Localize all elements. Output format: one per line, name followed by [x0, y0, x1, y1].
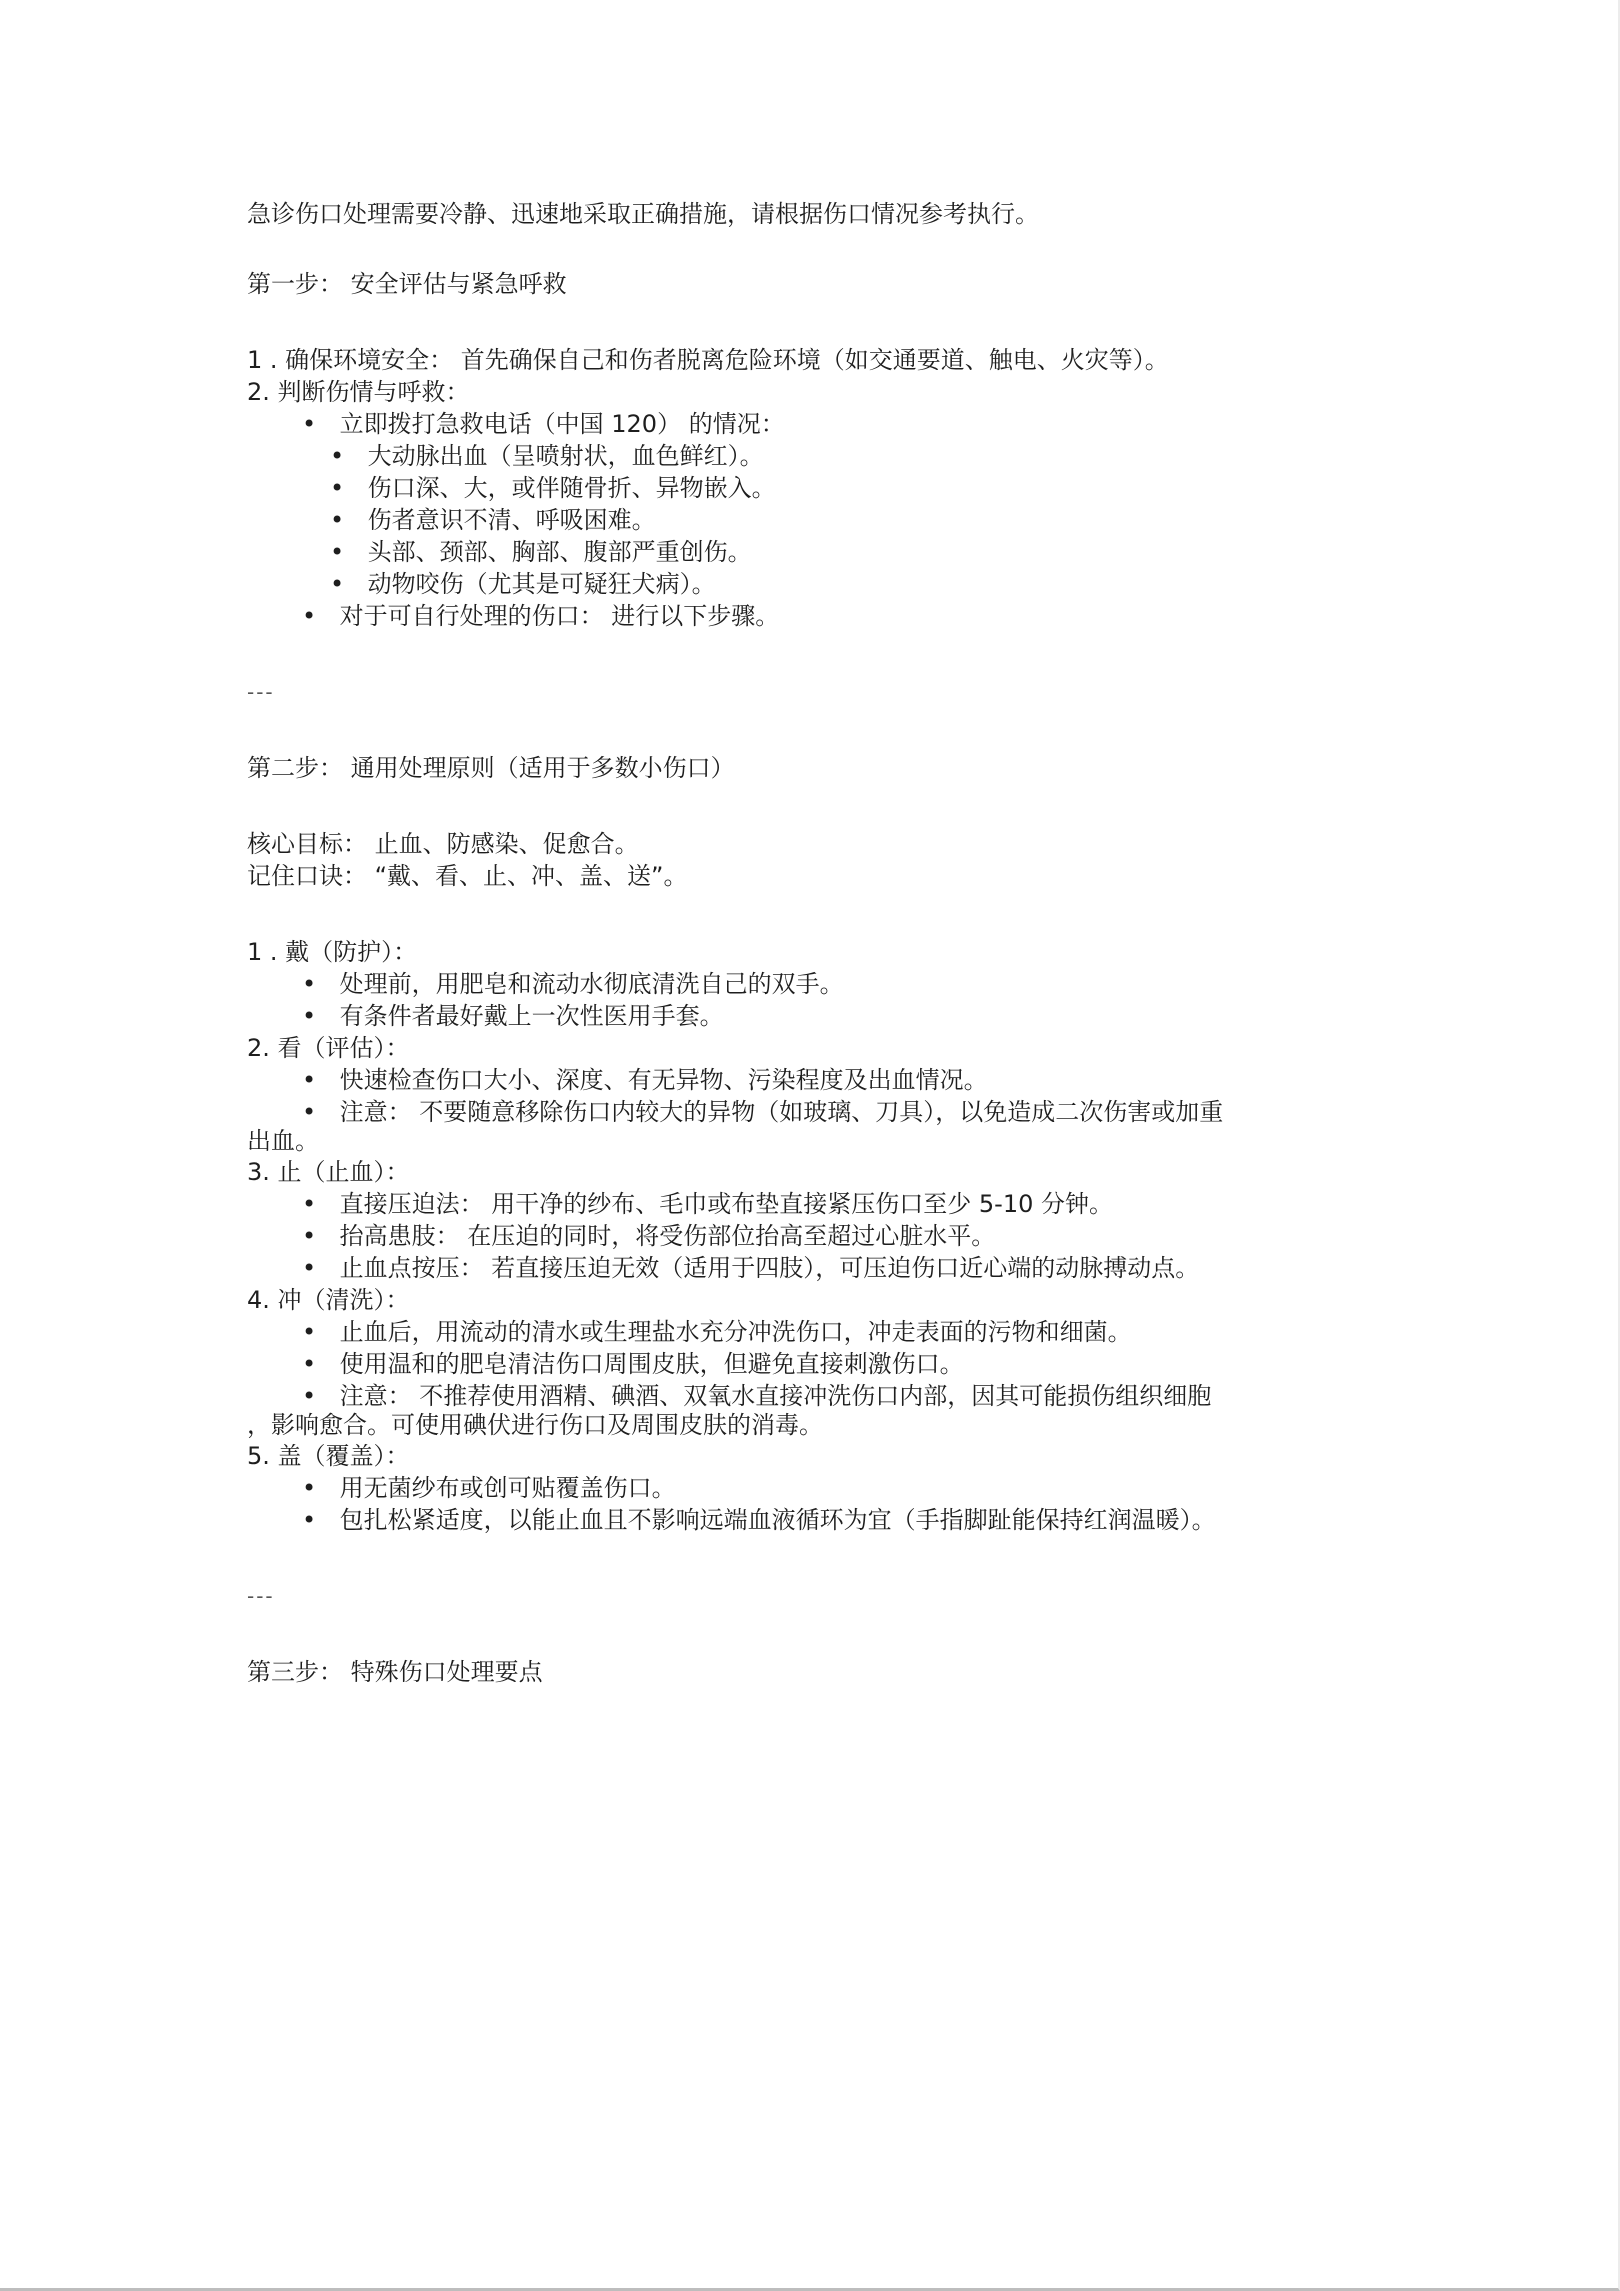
- sub-bullet: • 止血点按压： 若直接压迫无效（适用于四肢），可压迫伤口近心端的动脉搏动点。: [247, 1252, 1387, 1284]
- call-120-case: • 头部、颈部、胸部、腹部严重创伤。: [247, 536, 1387, 568]
- document-page: 急诊伤口处理需要冷静、迅速地采取正确措施，请根据伤口情况参考执行。 第一步： 安…: [0, 0, 1620, 2291]
- bullet-icon: •: [302, 1380, 332, 1412]
- bullet-icon: •: [302, 408, 332, 440]
- bullet-icon: •: [302, 1220, 332, 1252]
- item-number: 1 .: [247, 344, 278, 376]
- call-120-case: • 伤口深、大，或伴随骨折、异物嵌入。: [247, 472, 1387, 504]
- divider: ---: [247, 1580, 1387, 1612]
- step2-item-wear: 1 . 戴（防护）：: [247, 936, 1387, 968]
- item-text: 注意： 不推荐使用酒精、碘酒、双氧水直接冲洗伤口内部，因其可能损伤组织细胞: [340, 1382, 1212, 1410]
- item-text: 用无菌纱布或创可贴覆盖伤口。: [340, 1474, 676, 1502]
- call-120-case: • 动物咬伤（尤其是可疑狂犬病）。: [247, 568, 1387, 600]
- bullet-icon: •: [302, 1348, 332, 1380]
- bullet-icon: •: [330, 536, 360, 568]
- item-title: 看（评估）：: [278, 1034, 410, 1062]
- step2-heading: 第二步： 通用处理原则（适用于多数小伤口）: [247, 752, 1387, 784]
- step2-item-assess: 2. 看（评估）：: [247, 1032, 1387, 1064]
- sub-bullet: • 注意： 不要随意移除伤口内较大的异物（如玻璃、刀具），以免造成二次伤害或加重: [247, 1096, 1387, 1128]
- sub-bullet: • 使用温和的肥皂清洁伤口周围皮肤，但避免直接刺激伤口。: [247, 1348, 1387, 1380]
- bullet-icon: •: [330, 472, 360, 504]
- item-text: 有条件者最好戴上一次性医用手套。: [340, 1002, 724, 1030]
- item-text: 止血点按压： 若直接压迫无效（适用于四肢），可压迫伤口近心端的动脉搏动点。: [340, 1254, 1200, 1282]
- wrapped-text: 出血。: [247, 1128, 1387, 1156]
- item-text: 注意： 不要随意移除伤口内较大的异物（如玻璃、刀具），以免造成二次伤害或加重: [340, 1098, 1224, 1126]
- step1-item-2: 2. 判断伤情与呼救：: [247, 376, 1387, 408]
- bullet-icon: •: [330, 440, 360, 472]
- item-text: 伤者意识不清、呼吸困难。: [368, 506, 656, 534]
- item-text: 包扎松紧适度，以能止血且不影响远端血液循环为宜（手指脚趾能保持红润温暖）。: [340, 1506, 1216, 1534]
- bullet-icon: •: [302, 1504, 332, 1536]
- step1-item-1: 1 . 确保环境安全： 首先确保自己和伤者脱离危险环境（如交通要道、触电、火灾等…: [247, 344, 1387, 376]
- step3-heading: 第三步： 特殊伤口处理要点: [247, 1656, 1387, 1688]
- call-120-case: • 伤者意识不清、呼吸困难。: [247, 504, 1387, 536]
- item-text: 止血后，用流动的清水或生理盐水充分冲洗伤口，冲走表面的污物和细菌。: [340, 1318, 1132, 1346]
- sub-bullet: • 直接压迫法： 用干净的纱布、毛巾或布垫直接紧压伤口至少 5-10 分钟。: [247, 1188, 1387, 1220]
- bullet-icon: •: [302, 1064, 332, 1096]
- sub-bullet: • 用无菌纱布或创可贴覆盖伤口。: [247, 1472, 1387, 1504]
- divider: ---: [247, 676, 1387, 708]
- item-text: 大动脉出血（呈喷射状，血色鲜红）。: [368, 442, 764, 470]
- item-text: 直接压迫法： 用干净的纱布、毛巾或布垫直接紧压伤口至少 5-10 分钟。: [340, 1190, 1113, 1218]
- item-text: 对于可自行处理的伤口： 进行以下步骤。: [340, 602, 780, 630]
- item-title: 止（止血）：: [278, 1158, 410, 1186]
- item-text: 快速检查伤口大小、深度、有无异物、污染程度及出血情况。: [340, 1066, 988, 1094]
- core-goal: 核心目标： 止血、防感染、促愈合。: [247, 828, 1387, 860]
- step2-item-stop-bleeding: 3. 止（止血）：: [247, 1156, 1387, 1188]
- item-text: 头部、颈部、胸部、腹部严重创伤。: [368, 538, 752, 566]
- sub-bullet: • 止血后，用流动的清水或生理盐水充分冲洗伤口，冲走表面的污物和细菌。: [247, 1316, 1387, 1348]
- bullet-icon: •: [330, 568, 360, 600]
- bullet-icon: •: [302, 1472, 332, 1504]
- item-text: 确保环境安全： 首先确保自己和伤者脱离危险环境（如交通要道、触电、火灾等）。: [285, 346, 1169, 374]
- item-title: 冲（清洗）：: [278, 1286, 410, 1314]
- item-text: 动物咬伤（尤其是可疑狂犬病）。: [368, 570, 716, 598]
- item-number: 4.: [247, 1284, 270, 1316]
- self-treat-item: • 对于可自行处理的伤口： 进行以下步骤。: [247, 600, 1387, 632]
- call-120-item: • 立即拨打急救电话（中国 120） 的情况：: [247, 408, 1387, 440]
- item-number: 5.: [247, 1440, 270, 1472]
- step2-item-cover: 5. 盖（覆盖）：: [247, 1440, 1387, 1472]
- item-text: 伤口深、大，或伴随骨折、异物嵌入。: [368, 474, 776, 502]
- step2-item-rinse: 4. 冲（清洗）：: [247, 1284, 1387, 1316]
- wrapped-text: ，影响愈合。可使用碘伏进行伤口及周围皮肤的消毒。: [247, 1412, 1387, 1440]
- bullet-icon: •: [302, 600, 332, 632]
- bullet-icon: •: [302, 1096, 332, 1128]
- item-title: 戴（防护）：: [285, 938, 417, 966]
- sub-bullet: • 有条件者最好戴上一次性医用手套。: [247, 1000, 1387, 1032]
- item-number: 2.: [247, 376, 270, 408]
- item-number: 2.: [247, 1032, 270, 1064]
- sub-bullet: • 快速检查伤口大小、深度、有无异物、污染程度及出血情况。: [247, 1064, 1387, 1096]
- sub-bullet: • 包扎松紧适度，以能止血且不影响远端血液循环为宜（手指脚趾能保持红润温暖）。: [247, 1504, 1387, 1536]
- bullet-icon: •: [330, 504, 360, 536]
- intro-paragraph: 急诊伤口处理需要冷静、迅速地采取正确措施，请根据伤口情况参考执行。: [247, 198, 1387, 230]
- item-text: 立即拨打急救电话（中国 120） 的情况：: [340, 410, 785, 438]
- item-title: 盖（覆盖）：: [278, 1442, 410, 1470]
- mnemonic: 记住口诀： “戴、看、止、冲、盖、送”。: [247, 860, 1387, 892]
- item-number: 1 .: [247, 936, 278, 968]
- item-text: 使用温和的肥皂清洁伤口周围皮肤，但避免直接刺激伤口。: [340, 1350, 964, 1378]
- bullet-icon: •: [302, 1000, 332, 1032]
- step1-heading: 第一步： 安全评估与紧急呼救: [247, 268, 1387, 300]
- sub-bullet: • 抬高患肢： 在压迫的同时，将受伤部位抬高至超过心脏水平。: [247, 1220, 1387, 1252]
- sub-bullet: • 处理前，用肥皂和流动水彻底清洗自己的双手。: [247, 968, 1387, 1000]
- document-body: 急诊伤口处理需要冷静、迅速地采取正确措施，请根据伤口情况参考执行。 第一步： 安…: [247, 198, 1387, 1688]
- item-number: 3.: [247, 1156, 270, 1188]
- bullet-icon: •: [302, 968, 332, 1000]
- item-text: 抬高患肢： 在压迫的同时，将受伤部位抬高至超过心脏水平。: [340, 1222, 996, 1250]
- item-text: 处理前，用肥皂和流动水彻底清洗自己的双手。: [340, 970, 844, 998]
- item-text: 判断伤情与呼救：: [278, 378, 470, 406]
- call-120-case: • 大动脉出血（呈喷射状，血色鲜红）。: [247, 440, 1387, 472]
- bullet-icon: •: [302, 1316, 332, 1348]
- bullet-icon: •: [302, 1252, 332, 1284]
- bullet-icon: •: [302, 1188, 332, 1220]
- sub-bullet: • 注意： 不推荐使用酒精、碘酒、双氧水直接冲洗伤口内部，因其可能损伤组织细胞: [247, 1380, 1387, 1412]
